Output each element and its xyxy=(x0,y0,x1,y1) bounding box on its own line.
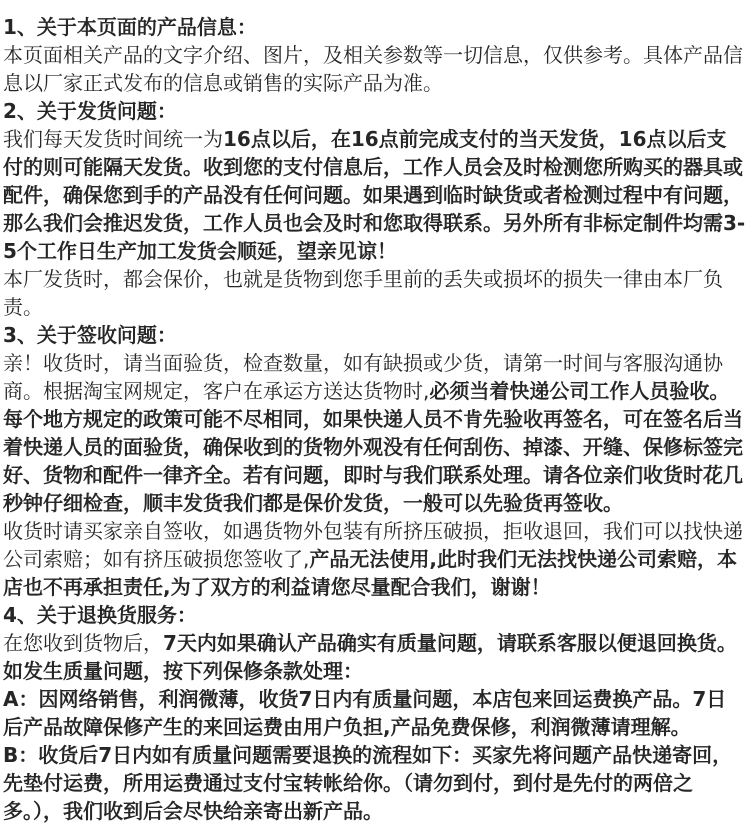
section-4-paragraph-1: 在您收到货物后，7天内如果确认产品确实有质量问题，请联系客服以便退回换货。如发生… xyxy=(3,629,746,685)
emphasis-text-run: A：因网络销售，利润微薄，收货7日内有质量问题，本店包来回运费换产品。7日后产品… xyxy=(3,687,726,739)
section-4-paragraph-2: A：因网络销售，利润微薄，收货7日内有质量问题，本店包来回运费换产品。7日后产品… xyxy=(3,685,746,741)
section-4-paragraph-3: B：收货后7日内如有质量问题需要退换的流程如下：买家先将问题产品快递寄回，先垫付… xyxy=(3,741,746,825)
product-policy-document: 1、关于本页面的产品信息：本页面相关产品的文字介绍、图片，及相关参数等一切信息，… xyxy=(0,0,750,835)
section-3-heading: 3、关于签收问题： xyxy=(3,321,746,349)
section-1-heading: 1、关于本页面的产品信息： xyxy=(3,13,746,41)
section-4-heading: 4、关于退换货服务： xyxy=(3,601,746,629)
text-run: 在您收到货物后， xyxy=(3,631,163,655)
section-2-heading: 2、关于发货问题： xyxy=(3,97,746,125)
text-run: 本厂发货时，都会保价，也就是货物到您手里前的丢失或损坏的损失一律由本厂负责。 xyxy=(3,267,723,319)
section-2-paragraph-2: 本厂发货时，都会保价，也就是货物到您手里前的丢失或损坏的损失一律由本厂负责。 xyxy=(3,265,746,321)
section-2-paragraph-1: 我们每天发货时间统一为16点以后，在16点前完成支付的当天发货，16点以后支付的… xyxy=(3,125,746,265)
section-1-paragraph-1: 本页面相关产品的文字介绍、图片，及相关参数等一切信息，仅供参考。具体产品信息以厂… xyxy=(3,41,746,97)
emphasis-text-run: B：收货后7日内如有质量问题需要退换的流程如下：买家先将问题产品快递寄回，先垫付… xyxy=(3,743,732,823)
section-3-paragraph-2: 收货时请买家亲自签收，如遇货物外包装有所挤压破损，拒收退回，我们可以找快递公司索… xyxy=(3,517,746,601)
text-run: 我们每天发货时间统一为 xyxy=(3,127,223,151)
section-3-paragraph-1: 亲！收货时，请当面验货，检查数量，如有缺损或少货，请第一时间与客服沟通协商。根据… xyxy=(3,349,746,517)
text-run: 本页面相关产品的文字介绍、图片，及相关参数等一切信息，仅供参考。具体产品信息以厂… xyxy=(3,43,743,95)
